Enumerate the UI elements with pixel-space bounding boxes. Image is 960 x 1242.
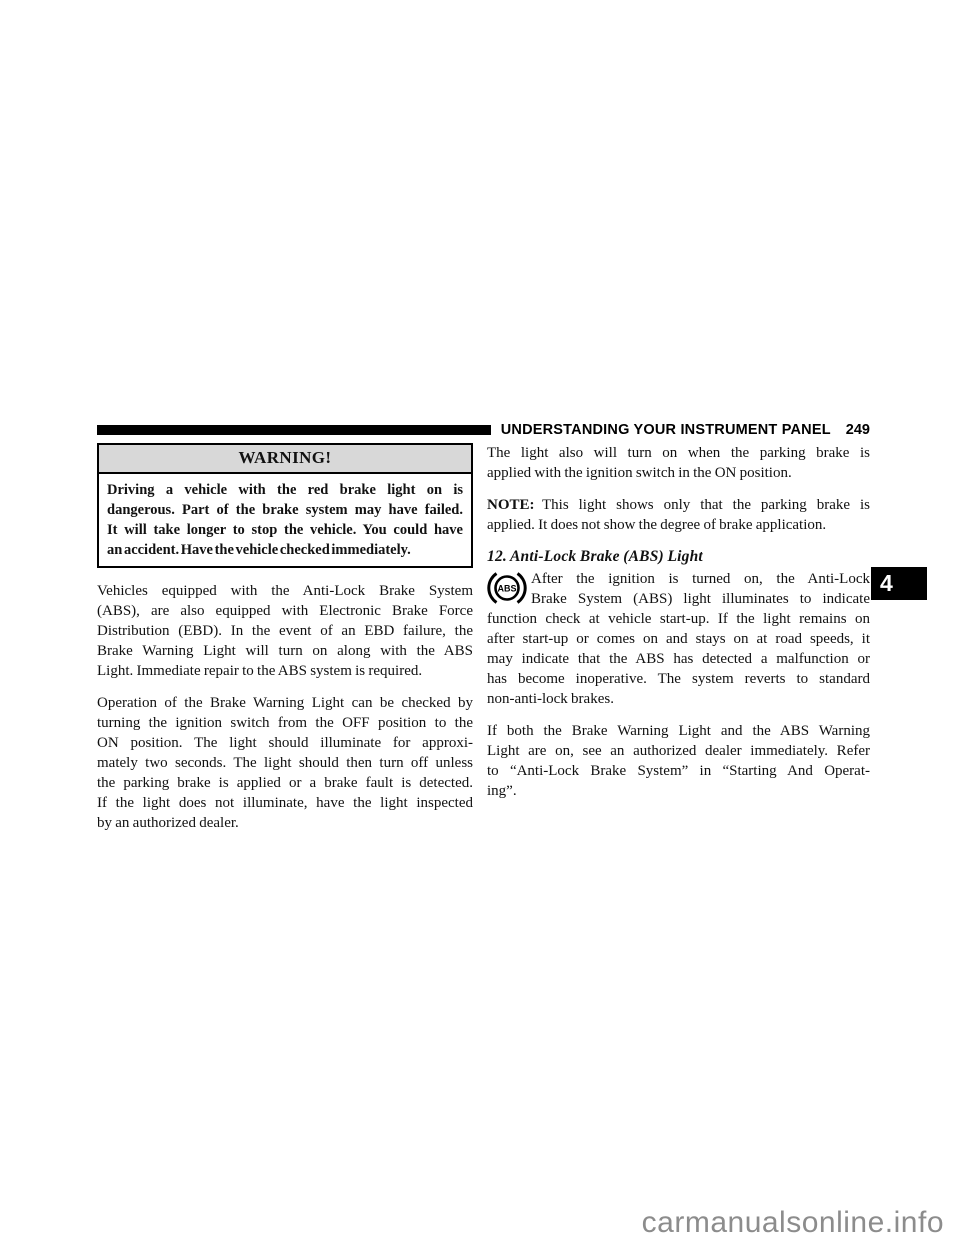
paragraph-abs: ABS After the ignition is turned on, the… [487,569,870,709]
warning-body: Driving a vehicle with the red brake lig… [99,474,471,566]
warning-box: WARNING! Driving a vehicle with the red … [97,443,473,568]
header-rule [97,425,491,435]
paragraph-brake-light-check: Operation of the Brake Warning Light can… [97,693,473,833]
paragraph-note: NOTE: This light shows only that the par… [487,495,870,535]
chapter-tab: 4 [871,567,927,600]
page-number: 249 [846,422,870,438]
abs-icon-label: ABS [497,584,516,594]
abs-indicator-icon: ABS [487,569,531,609]
content-columns: WARNING! Driving a vehicle with the red … [97,443,870,845]
paragraph-ebd: Vehicles equipped with the Anti-Lock Bra… [97,581,473,681]
section-header: UNDERSTANDING YOUR INSTRUMENT PANEL 249 [97,422,870,438]
right-column: The light also will turn on when the par… [487,443,870,845]
paragraph-abs-text: After the ignition is turned on, the Ant… [487,569,870,709]
abs-section-heading: 12. Anti-Lock Brake (ABS) Light [487,547,870,567]
paragraph-both-lights: If both the Brake Warning Light and the … [487,721,870,801]
left-column: WARNING! Driving a vehicle with the red … [97,443,473,845]
paragraph-parking-brake: The light also will turn on when the par… [487,443,870,483]
section-title: UNDERSTANDING YOUR INSTRUMENT PANEL [501,422,831,438]
warning-title: WARNING! [99,445,471,474]
watermark: carmanualsonline.info [642,1206,944,1240]
chapter-tab-number: 4 [880,570,893,596]
